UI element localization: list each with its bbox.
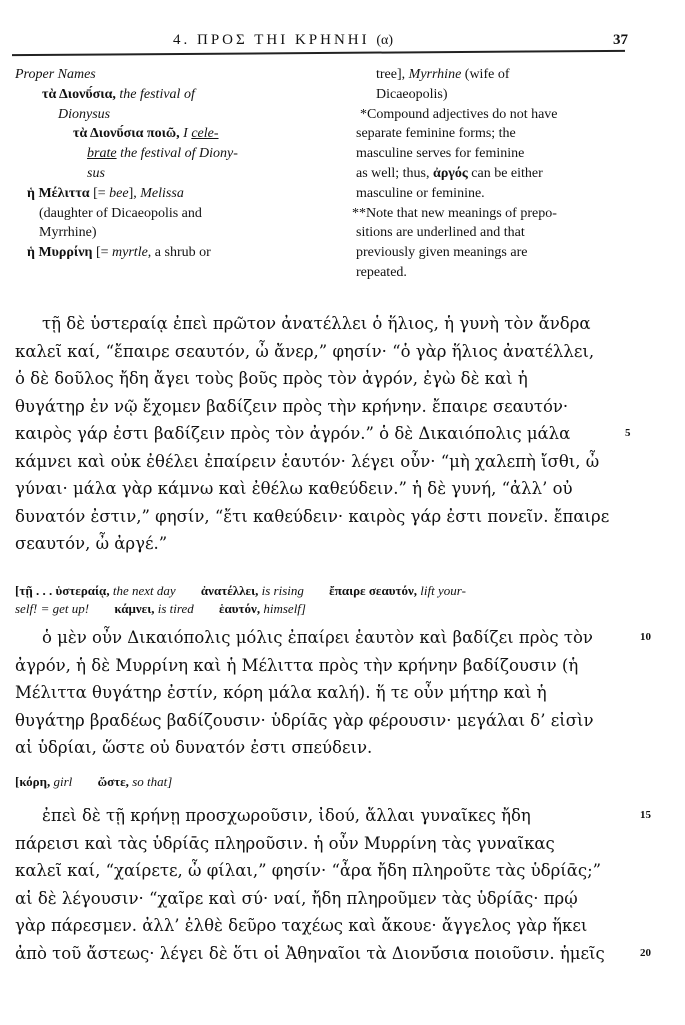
footnote-line: as well; thus, ἀργός can be either [352, 164, 632, 184]
gloss: , a shrub or [148, 245, 211, 260]
footnote-text: can be either [468, 166, 543, 181]
passage-2: ὁ μὲν οὖν Δικαιόπολις μόλις ἐπαίρει ἑαυτ… [15, 624, 625, 762]
gloss-continuation: Dionysus [15, 105, 325, 125]
gloss: tree], [376, 67, 409, 82]
greek-term: ἀνατέλλει, [201, 583, 258, 598]
greek-term: ἡ Μυρρίνη [27, 245, 92, 260]
gloss-italic: bee [109, 186, 128, 201]
gloss: himself] [260, 601, 306, 616]
gloss: the next day [110, 583, 176, 598]
text-line: ἀπὸ τοῦ ἄστεως· λέγει δὲ ὅτι οἱ Ἀθηναῖοι… [15, 940, 625, 968]
note-line: [κόρη, girl ὥστε, so that] [15, 773, 635, 791]
footnote-line: repeated. [352, 263, 632, 283]
text-line: ἀγρόν, ἡ δὲ Μυρρίνη καὶ ἡ Μέλιττα πρὸς τ… [15, 652, 625, 680]
text-line: πάρεισι καὶ τὰς ὑδρίᾱς πληροῦσιν. ἡ οὖν … [15, 830, 625, 858]
footnote-line: **Note that new meanings of prepo- [352, 204, 632, 224]
text-line: καλεῖ καί, “χαίρετε, ὦ φίλαι,” φησίν· “ἆ… [15, 857, 625, 885]
text-line: ὁ μὲν οὖν Δικαιόπολις μόλις ἐπαίρει ἑαυτ… [15, 624, 625, 652]
text-line: θυγάτηρ ἐν νῷ ἔχομεν βαδίζειν πρὸς τὴν κ… [15, 393, 625, 421]
running-header: 4. ΠΡΟΣ ΤΗΙ ΚΡΗΝΗΙ (α) 37 [18, 32, 628, 52]
text-line: αἱ ὑδρίαι, ὥστε οὐ δυνατόν ἐστι σπεύδειν… [15, 734, 625, 762]
gloss: the festival of Diony- [117, 146, 238, 161]
text-line: θυγάτηρ βραδέως βαδίζουσιν· ὑδρίᾱς γὰρ φ… [15, 707, 625, 735]
greek-term: [τῇ . . . ὑστεραίᾳ, [15, 583, 110, 598]
greek-term: ἡ Μέλιττα [27, 186, 90, 201]
gloss: [= [90, 186, 110, 201]
gloss: lift your- [417, 583, 466, 598]
glossary-right: tree], Myrrhine (wife of Dicaeopolis) *C… [352, 65, 632, 283]
section-label: (α) [376, 33, 393, 48]
gloss-underlined: cele- [191, 126, 218, 141]
text-line: καλεῖ καί, “ἔπαιρε σεαυτόν, ὦ ἄνερ,” φησ… [15, 338, 625, 366]
gloss-continuation: sus [15, 164, 325, 184]
glossary-entry: τὰ Διονῡ́σια ποιῶ, I cele- [15, 124, 325, 144]
glossary-entry: τὰ Διονῡ́σια, the festival of [15, 85, 325, 105]
footnote-line: sitions are underlined and that [352, 223, 632, 243]
text-line-content: καιρὸς γάρ ἐστι βαδίζειν πρὸς τὸν ἀγρόν.… [15, 424, 570, 443]
greek-term: τὰ Διονῡ́σια ποιῶ, [73, 126, 180, 141]
line-number: 15 [640, 802, 651, 830]
footnote-line: *Compound adjectives do not have [352, 105, 632, 125]
line-number: 10 [640, 624, 651, 652]
passage-3: ἐπεὶ δὲ τῇ κρήνῃ προσχωροῦσιν, ἰδού, ἄλλ… [15, 802, 625, 967]
greek-term: ἀργός [433, 166, 468, 181]
gloss: girl [50, 774, 72, 789]
text-line: καιρὸς γάρ ἐστι βαδίζειν πρὸς τὸν ἀγρόν.… [15, 420, 625, 448]
footnote-text: as well; thus, [356, 166, 433, 181]
glossary-left: Proper Names τὰ Διονῡ́σια, the festival … [15, 65, 325, 263]
gloss-continuation: Myrrhine) [15, 223, 325, 243]
note-line: [τῇ . . . ὑστεραίᾳ, the next day ἀνατέλλ… [15, 582, 635, 600]
greek-term: [κόρη, [15, 774, 50, 789]
line-number: 20 [640, 940, 651, 968]
chapter-title-text: 4. ΠΡΟΣ ΤΗΙ ΚΡΗΝΗΙ [173, 32, 370, 48]
text-line-content: ἐπεὶ δὲ τῇ κρήνῃ προσχωροῦσιν, ἰδού, ἄλλ… [42, 806, 531, 825]
text-line-content: ὁ μὲν οὖν Δικαιόπολις μόλις ἐπαίρει ἑαυτ… [42, 628, 593, 647]
gloss: (wife of [461, 67, 509, 82]
text-line: γὰρ πάρεσμεν. ἀλλ’ ἐλθὲ δεῦρο ταχέως καὶ… [15, 912, 625, 940]
gloss: is rising [258, 583, 304, 598]
passage-1: τῇ δὲ ὑστεραίᾳ ἐπεὶ πρῶτον ἀνατέλλει ὁ ἥ… [15, 310, 625, 558]
footnote-line: masculine serves for feminine [352, 144, 632, 164]
text-line: αἱ δὲ λέγουσιν· “χαῖρε καὶ σύ· ναί, ἤδη … [15, 885, 625, 913]
footnote-line: previously given meanings are [352, 243, 632, 263]
glossary-heading: Proper Names [15, 65, 325, 85]
gloss-continuation: (daughter of Dicaeopolis and [15, 204, 325, 224]
text-line: γύναι· μάλα γὰρ κάμνω καὶ ἐθέλω καθεύδει… [15, 475, 625, 503]
gloss: [= [92, 245, 112, 260]
gloss: is tired [155, 601, 194, 616]
glossary-entry: ἡ Μυρρίνη [= myrtle, a shrub or [15, 243, 325, 263]
text-line: Μέλιττα θυγάτηρ ἐστίν, κόρη μάλα καλή). … [15, 679, 625, 707]
text-line: δυνατόν ἐστιν,” φησίν, “ἔτι καθεύδειν· κ… [15, 503, 625, 531]
text-line: ὁ δὲ δοῦλος ἤδη ἄγει τοὺς βοῦς πρὸς τὸν … [15, 365, 625, 393]
gloss: the festival of [116, 87, 195, 102]
gloss-italic: myrtle [112, 245, 148, 260]
gloss-continuation: brate the festival of Diony- [15, 144, 325, 164]
text-line: σεαυτόν, ὦ ἀργέ.” [15, 530, 625, 558]
greek-term: ἑαυτόν, [219, 601, 260, 616]
chapter-title: 4. ΠΡΟΣ ΤΗΙ ΚΡΗΝΗΙ (α) [173, 32, 393, 49]
greek-term: τὰ Διονῡ́σια, [42, 87, 116, 102]
footnote-line: separate feminine forms; the [352, 124, 632, 144]
gloss: I [180, 126, 192, 141]
glossary-entry: ἡ Μέλιττα [= bee], Melissa [15, 184, 325, 204]
vocabulary-notes-1: [τῇ . . . ὑστεραίᾳ, the next day ἀνατέλλ… [15, 582, 635, 618]
page-number: 37 [613, 32, 628, 49]
footnote-line: masculine or feminine. [352, 184, 632, 204]
gloss-name: Myrrhine [409, 67, 462, 82]
gloss: so that] [129, 774, 172, 789]
text-line: τῇ δὲ ὑστεραίᾳ ἐπεὶ πρῶτον ἀνατέλλει ὁ ἥ… [15, 310, 625, 338]
vocabulary-notes-2: [κόρη, girl ὥστε, so that] [15, 773, 635, 791]
gloss-underlined: brate [87, 146, 117, 161]
greek-term: ὥστε, [98, 774, 129, 789]
line-number: 5 [625, 420, 631, 448]
text-line: κάμνει καὶ οὐκ ἐθέλει ἐπαίρειν ἑαυτόν· λ… [15, 448, 625, 476]
gloss: ], [129, 186, 141, 201]
greek-term: ἔπαιρε σεαυτόν, [329, 583, 417, 598]
greek-term: κάμνει, [114, 601, 154, 616]
gloss: self! = get up! [15, 601, 89, 616]
gloss-continuation: Dicaeopolis) [352, 85, 632, 105]
gloss-name: Melissa [140, 186, 184, 201]
note-line: self! = get up! κάμνει, is tired ἑαυτόν,… [15, 600, 635, 618]
gloss-continuation: tree], Myrrhine (wife of [352, 65, 632, 85]
text-line-content: ἀπὸ τοῦ ἄστεως· λέγει δὲ ὅτι οἱ Ἀθηναῖοι… [15, 944, 605, 963]
text-line: ἐπεὶ δὲ τῇ κρήνῃ προσχωροῦσιν, ἰδού, ἄλλ… [15, 802, 625, 830]
